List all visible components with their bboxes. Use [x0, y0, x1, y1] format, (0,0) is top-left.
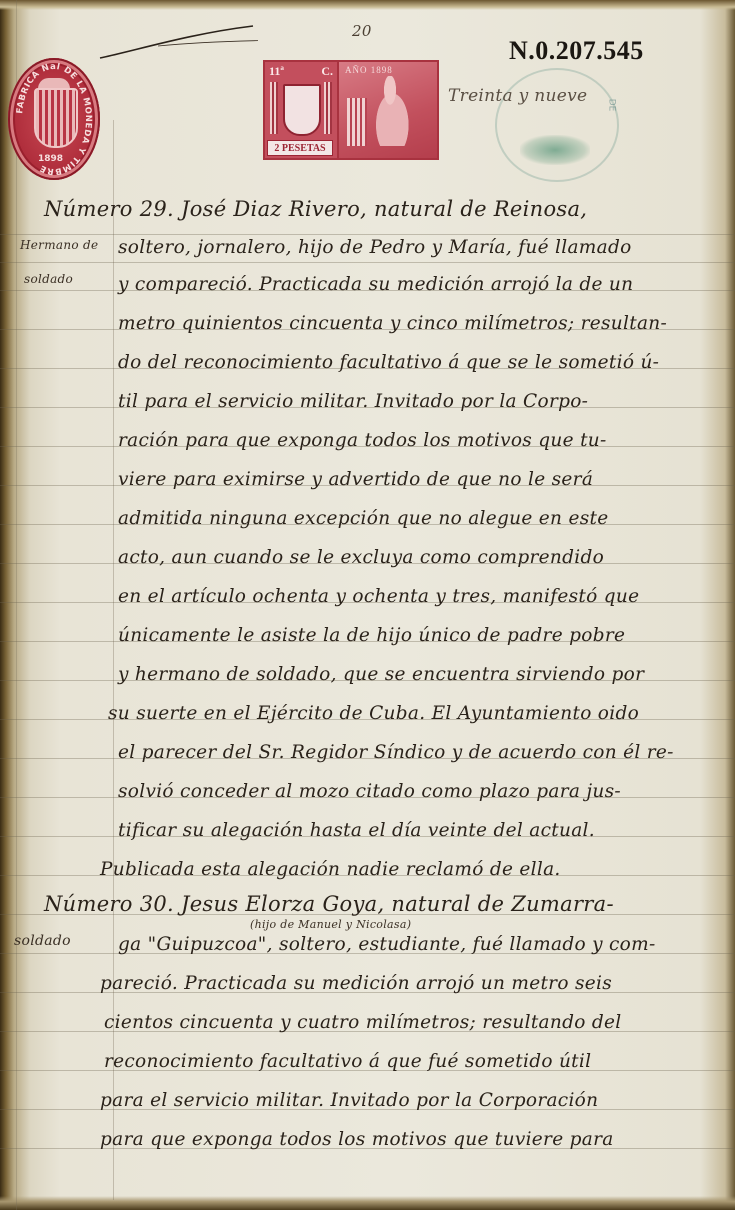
entry-line: til para el servicio militar. Invitado p… [118, 391, 588, 412]
entry-line: soltero, jornalero, hijo de Pedro y Marí… [118, 237, 632, 258]
serial-number: N.0.207.545 [509, 36, 644, 66]
entry-line: metro quinientos cincuenta y cinco milím… [118, 313, 667, 334]
entry-line: únicamente le asiste la de hijo único de… [118, 625, 625, 646]
stamp-class-suffix: C. [321, 64, 333, 79]
entry-line: y hermano de soldado, que se encuentra s… [118, 664, 644, 685]
stamp-value: 2 PESETAS [267, 140, 333, 156]
postmark-text: DE [606, 99, 616, 112]
stamp-allegory-panel: AÑO 1898 [339, 62, 437, 158]
seal-coat-of-arms-icon [34, 88, 78, 148]
entry-line: Número 30. Jesus Elorza Goya, natural de… [44, 892, 614, 916]
register-page: 20 FABRICA Nal DE LA MONEDA Y TIMBRE 189… [0, 0, 735, 1210]
entry-line: en el artículo ochenta y ochenta y tres,… [118, 586, 639, 607]
stamp-year-label: AÑO 1898 [345, 65, 393, 75]
entry-line: el parecer del Sr. Regidor Síndico y de … [118, 742, 674, 763]
rule-line [0, 262, 735, 263]
entry-line: cientos cincuenta y cuatro milímetros; r… [104, 1012, 621, 1033]
stamp-column-icon [347, 98, 367, 146]
margin-note: Hermano de [20, 238, 98, 252]
stamp-seated-figure-icon [367, 76, 413, 146]
rule-line [0, 234, 735, 235]
entry-line: admitida ninguna excepción que no alegue… [118, 508, 608, 529]
entry-line: reconocimiento facultativo á que fué som… [104, 1051, 591, 1072]
margin-note: soldado [14, 933, 71, 949]
entry-line: su suerte en el Ejército de Cuba. El Ayu… [108, 703, 639, 724]
stamp-shield-panel: 11ª C. 2 PESETAS [265, 62, 339, 158]
entry-line: tificar su alegación hasta el día veinte… [118, 820, 595, 841]
folio-number: 20 [352, 22, 372, 40]
entry-line: viere para eximirse y advertido de que n… [118, 469, 593, 490]
moneda-timbre-seal: FABRICA Nal DE LA MONEDA Y TIMBRE 1898 [8, 58, 100, 180]
seal-year: 1898 [38, 154, 63, 164]
stamp-shield-icon [283, 84, 321, 136]
entry-line: acto, aun cuando se le excluya como comp… [118, 547, 604, 568]
entry-line: para que exponga todos los motivos que t… [100, 1129, 614, 1150]
stamp-class-label: 11ª [269, 64, 284, 79]
pen-flourish-icon [98, 22, 258, 62]
page-count-word: Treinta y nueve [448, 86, 587, 106]
interlinear-note: (hijo de Manuel y Nicolasa) [250, 918, 411, 931]
entry-line: para el servicio militar. Invitado por l… [100, 1090, 598, 1111]
entry-line: do del reconocimiento facultativo á que … [118, 352, 659, 373]
entry-line: ración para que exponga todos los motivo… [118, 430, 607, 451]
entry-line: solvió conceder al mozo citado como plaz… [118, 781, 621, 802]
stamp-pillar-icon [324, 82, 332, 134]
entry-line: ga "Guipuzcoa", soltero, estudiante, fué… [118, 934, 656, 955]
stamp-pillar-icon [270, 82, 278, 134]
revenue-stamp: 11ª C. 2 PESETAS AÑO 1898 [263, 60, 439, 160]
margin-note: soldado [24, 272, 73, 286]
entry-line: pareció. Practicada su medición arrojó u… [100, 973, 612, 994]
entry-line: Publicada esta alegación nadie reclamó d… [100, 859, 561, 880]
entry-line: Número 29. José Diaz Rivero, natural de … [44, 197, 587, 221]
postmark-ink-icon [520, 135, 590, 165]
entry-line: y compareció. Practicada su medición arr… [118, 274, 633, 295]
